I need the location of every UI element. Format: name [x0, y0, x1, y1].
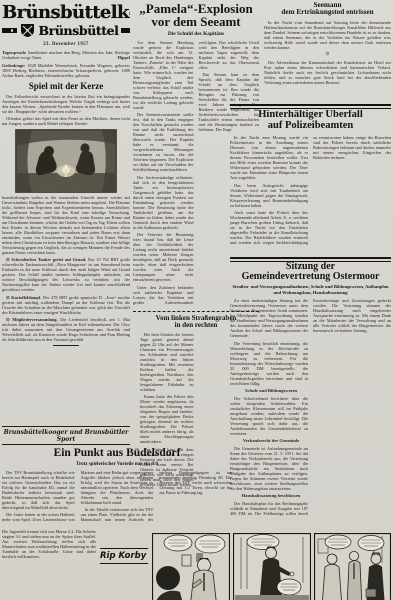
section-divider — [53, 345, 79, 346]
brief-item: ⊙ Kartoffeldampf. Der 478 BRT große span… — [2, 295, 130, 315]
tagesspruch-author: Hippel — [118, 55, 130, 60]
section-rule — [230, 104, 391, 109]
issue-date: 23. Dezember 1957 — [2, 42, 130, 47]
sitzung-subhead: Schule und Bildungswesen — [230, 388, 308, 393]
spiel-illustration — [15, 129, 117, 193]
ornament-left-icon — [2, 26, 17, 35]
sitzung-subhead: Haushaltssatzung beschlossen — [230, 493, 308, 498]
sport-article-continued: Die Jugendelf trennte sich von Marne 2:2… — [2, 529, 96, 600]
gedenktage: Gedenktage: 1828 Mathilde Wesendonck, Fr… — [2, 63, 130, 78]
brief-item: ⊙ Schwedischer Tanker geriet auf Grund. … — [2, 257, 130, 292]
asterism-mark: ⊙ — [264, 52, 391, 57]
spiel-article: Der Polizeibericht verzeichnet in der le… — [2, 94, 130, 127]
spiel-article-continued: brandstiftungen stoßen in der staunenden… — [2, 195, 130, 343]
sport-subtitle: Trotz spielerischer Vorteile nur ein 0:0 — [2, 462, 232, 467]
newspaper-page: Brünsbüttelkoog Brünsbüttel — [0, 0, 393, 600]
left-column: Brünsbüttelkoog Brünsbüttel — [2, 3, 130, 424]
sitzung-article: Zu einer mehrstündigen Sitzung trat die … — [230, 298, 391, 520]
masthead-subtitle: Brünsbüttel — [38, 23, 118, 38]
brief-item: ⊙ Mitgliederversammlung. Die Liedertafel… — [2, 317, 130, 342]
section-rule — [230, 257, 391, 262]
ueberfall-headline: Hinterhältiger Überfall auf Polizeibeamt… — [230, 110, 391, 131]
sport-article: Der TSV Brunsbüttelkoog schaffte wie ber… — [2, 470, 232, 526]
seemann-block: Seemann dem Ertrinkungstod entrissen In … — [264, 2, 391, 102]
pamela-subtitle: Die Schuld des Kapitäns — [133, 31, 259, 37]
seemann-headline: Seemann dem Ertrinkungstod entrissen — [264, 2, 391, 17]
masthead-crest-icon — [19, 23, 36, 38]
comic-panel-3 — [314, 533, 392, 600]
comic-panel-2 — [233, 533, 311, 600]
seemann-article: In der Nacht vom Sonnabend auf Sonntag h… — [264, 20, 391, 85]
sitzung-headline: Sitzung der Gemeindevertretung Ostermoor — [230, 262, 391, 282]
comic-rule-bottom — [100, 563, 148, 564]
comic-title: Rip Korby — [100, 549, 148, 563]
sitzung-subhead: Verkaufsrecht der Gemeinde — [230, 438, 308, 443]
comic-label-block: Rip Korby — [100, 548, 148, 564]
spiel-headline: Spiel mit der Kerze — [2, 82, 130, 91]
pamela-headline: „Pamela“-Explosion vor dem Seeamt — [133, 2, 259, 29]
comic-panel-1 — [152, 533, 230, 600]
ueberfall-article: In der Nacht zum Montag wurde ein Polize… — [230, 135, 391, 249]
masthead-title: Brünsbüttelkoog — [2, 3, 130, 22]
ornament-right-icon — [121, 26, 130, 35]
sitzung-block: Sitzung der Gemeindevertretung Ostermoor… — [230, 262, 391, 528]
ueberfall-block: Hinterhältiger Überfall auf Polizeibeamt… — [230, 110, 391, 255]
daily-notes: Tagesspruch: Sandkörner machen den Berg,… — [2, 50, 130, 78]
sport-headline: Ein Punkt aus Büdelsdorf — [2, 448, 232, 460]
sitzung-subtitle: Straßen- und Versorgungsmaßnahmen, Schul… — [230, 284, 391, 295]
masthead: Brünsbüttelkoog Brünsbüttel — [2, 3, 130, 47]
tagesspruch: Tagesspruch: Sandkörner machen den Berg,… — [2, 50, 130, 60]
sport-banner: Brunsbüttelkooger und Brunsbüttler Sport — [2, 426, 130, 445]
